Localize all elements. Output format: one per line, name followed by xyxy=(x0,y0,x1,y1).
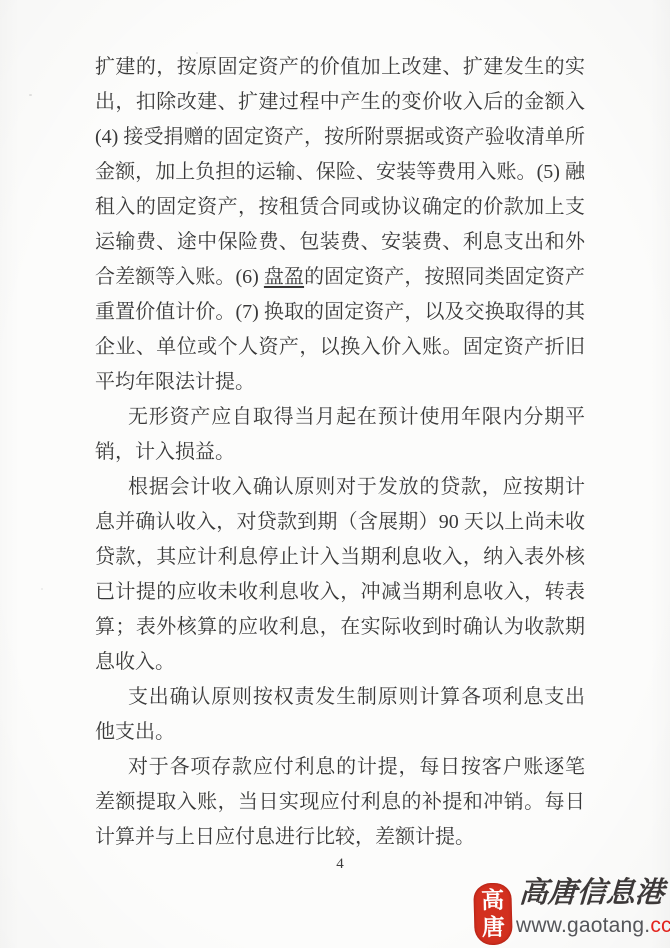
text-line: 金额，加上负担的运输、保险、安装等费用入账。(5) 融资 xyxy=(95,155,585,190)
text-line: 运输费、途中保险费、包装费、安装费、利息支出和外币折 xyxy=(95,225,585,260)
text-segment: 合差额等入账。(6) xyxy=(95,266,264,288)
text-line: 企业、单位或个人资产，以换入价入账。固定资产折旧采用 xyxy=(95,330,585,365)
text-line: 息收入。 xyxy=(95,645,585,680)
scan-speck xyxy=(29,94,32,96)
text-line: 根据会计收入确认原则对于发放的贷款，应按期计提利 xyxy=(95,470,585,505)
text-line: 算；表外核算的应收利息，在实际收到时确认为收款期的利 xyxy=(95,610,585,645)
gaotang-seal-logo: 高 唐 xyxy=(473,883,513,946)
text-line: 他支出。 xyxy=(95,715,585,750)
text-line: 计算并与上日应付息进行比较，差额计提。 xyxy=(95,820,585,855)
text-line: 贷款，其应计利息停止计入当期利息收入，纳入表外核算； xyxy=(95,540,585,575)
watermark-site-url: www.gaotang.cc xyxy=(516,914,670,938)
url-domain-text: www.gaotang. xyxy=(516,914,650,937)
watermark-site-name: 高唐信息港 xyxy=(518,875,670,911)
text-line: 支出确认原则按权责发生制原则计算各项利息支出和其 xyxy=(95,680,585,715)
text-line: 销，计入损益。 xyxy=(95,435,585,470)
seal-character-top: 高 xyxy=(481,887,505,915)
gaotang-watermark: 高 唐 高唐信息港 www.gaotang.cc xyxy=(474,877,670,948)
text-line: 无形资产应自取得当月起在预计使用年限内分期平均摊 xyxy=(95,400,585,435)
seal-character-bottom: 唐 xyxy=(482,914,506,942)
scanned-document-page: 扩建的，按原固定资产的价值加上改建、扩建发生的实际支 出，扣除改建、扩建过程中产… xyxy=(0,0,670,948)
text-line: 出，扣除改建、扩建过程中产生的变价收入后的金额入账。 xyxy=(95,85,585,120)
text-line: 重置价值计价。(7) 换取的固定资产，以及交换取得的其他 xyxy=(95,295,585,330)
text-line: 平均年限法计提。 xyxy=(95,365,585,400)
text-line: 差额提取入账，当日实现应付利息的补提和冲销。每日从头 xyxy=(95,785,585,820)
text-line: 扩建的，按原固定资产的价值加上改建、扩建发生的实际支 xyxy=(95,50,585,85)
text-line: 对于各项存款应付利息的计提，每日按客户账逐笔计算 xyxy=(95,750,585,785)
scan-speck xyxy=(196,52,198,54)
text-line: 息并确认收入，对贷款到期（含展期）90 天以上尚未收回的 xyxy=(95,505,585,540)
page-number: 4 xyxy=(95,856,585,873)
text-line: 合差额等入账。(6) 盘盈的固定资产，按照同类固定资产的 xyxy=(95,260,585,295)
text-line: (4) 接受捐赠的固定资产，按所附票据或资产验收清单所列 xyxy=(95,120,585,155)
text-line: 已计提的应收未收利息收入，冲减当期利息收入，转表外核 xyxy=(95,575,585,610)
url-tld-text: cc xyxy=(650,914,670,937)
document-body: 扩建的，按原固定资产的价值加上改建、扩建发生的实际支 出，扣除改建、扩建过程中产… xyxy=(95,50,585,855)
underlined-term: 盘盈 xyxy=(264,266,304,288)
text-line: 租入的固定资产，按租赁合同或协议确定的价款加上支付的 xyxy=(95,190,585,225)
scan-speck xyxy=(41,588,43,590)
